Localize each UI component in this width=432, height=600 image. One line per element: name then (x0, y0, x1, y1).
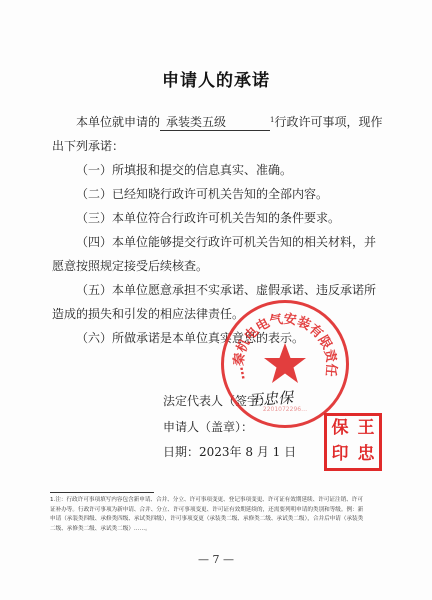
promise-1: （一）所填报和提交的信息真实、准确。 (52, 158, 292, 182)
permit-item-field: 承装类五级 (160, 114, 270, 131)
promise-2: （二）已经知晓行政许可机关告知的全部内容。 (52, 182, 328, 206)
star-icon (264, 343, 306, 383)
intro-continuation: 出下列承诺： (52, 134, 124, 158)
footnote-ref: 1 (270, 116, 274, 124)
footnote-divider (50, 492, 154, 493)
company-seal-number: 2201072296… (263, 406, 307, 413)
company-seal: …秦机电电气安装有限责任公司 2201072296… (221, 300, 349, 428)
seal-char: 忠 (353, 442, 379, 468)
promise-4-cont: 愿意按照规定接受后续核查。 (52, 254, 208, 278)
company-seal-graphic: …秦机电电气安装有限责任公司 2201072296… (224, 303, 346, 425)
date-value: 2023年 8 月 1 日 (199, 445, 296, 459)
seal-char: 王 (353, 416, 379, 442)
intro-prefix: 本单位就申请的 (76, 115, 160, 129)
promise-5: （五）本单位愿意承担不实承诺、虚假承诺、违反承诺所 (52, 278, 376, 302)
document-page: 申请人的承诺 本单位就申请的承装类五级1行政许可事项，现作 出下列承诺： （一）… (0, 0, 432, 600)
footnote: 1.注：行政许可事项填写内容包含新申请、合并、分立、许可事项变更、登记事项变更、… (50, 496, 365, 534)
date-label: 日期： (163, 445, 199, 459)
promise-5-cont: 造成的损失和引发的相应法律责任。 (52, 302, 244, 326)
seal-char: 保 (327, 416, 353, 442)
seal-char: 印 (327, 442, 353, 468)
date-line: 日期：2023年 8 月 1 日 (163, 443, 296, 460)
promise-3: （三）本单位符合行政许可机关告知的条件要求。 (52, 206, 340, 230)
intro-suffix: 行政许可事项，现作 (274, 115, 382, 129)
promise-4: （四）本单位能够提交行政许可机关告知的相关材料，并 (52, 230, 376, 254)
personal-seal: 保 王 印 忠 (324, 413, 382, 471)
page-title: 申请人的承诺 (0, 66, 432, 91)
intro-line: 本单位就申请的承装类五级1行政许可事项，现作 (52, 110, 383, 134)
page-number: — 7 — (0, 553, 432, 566)
